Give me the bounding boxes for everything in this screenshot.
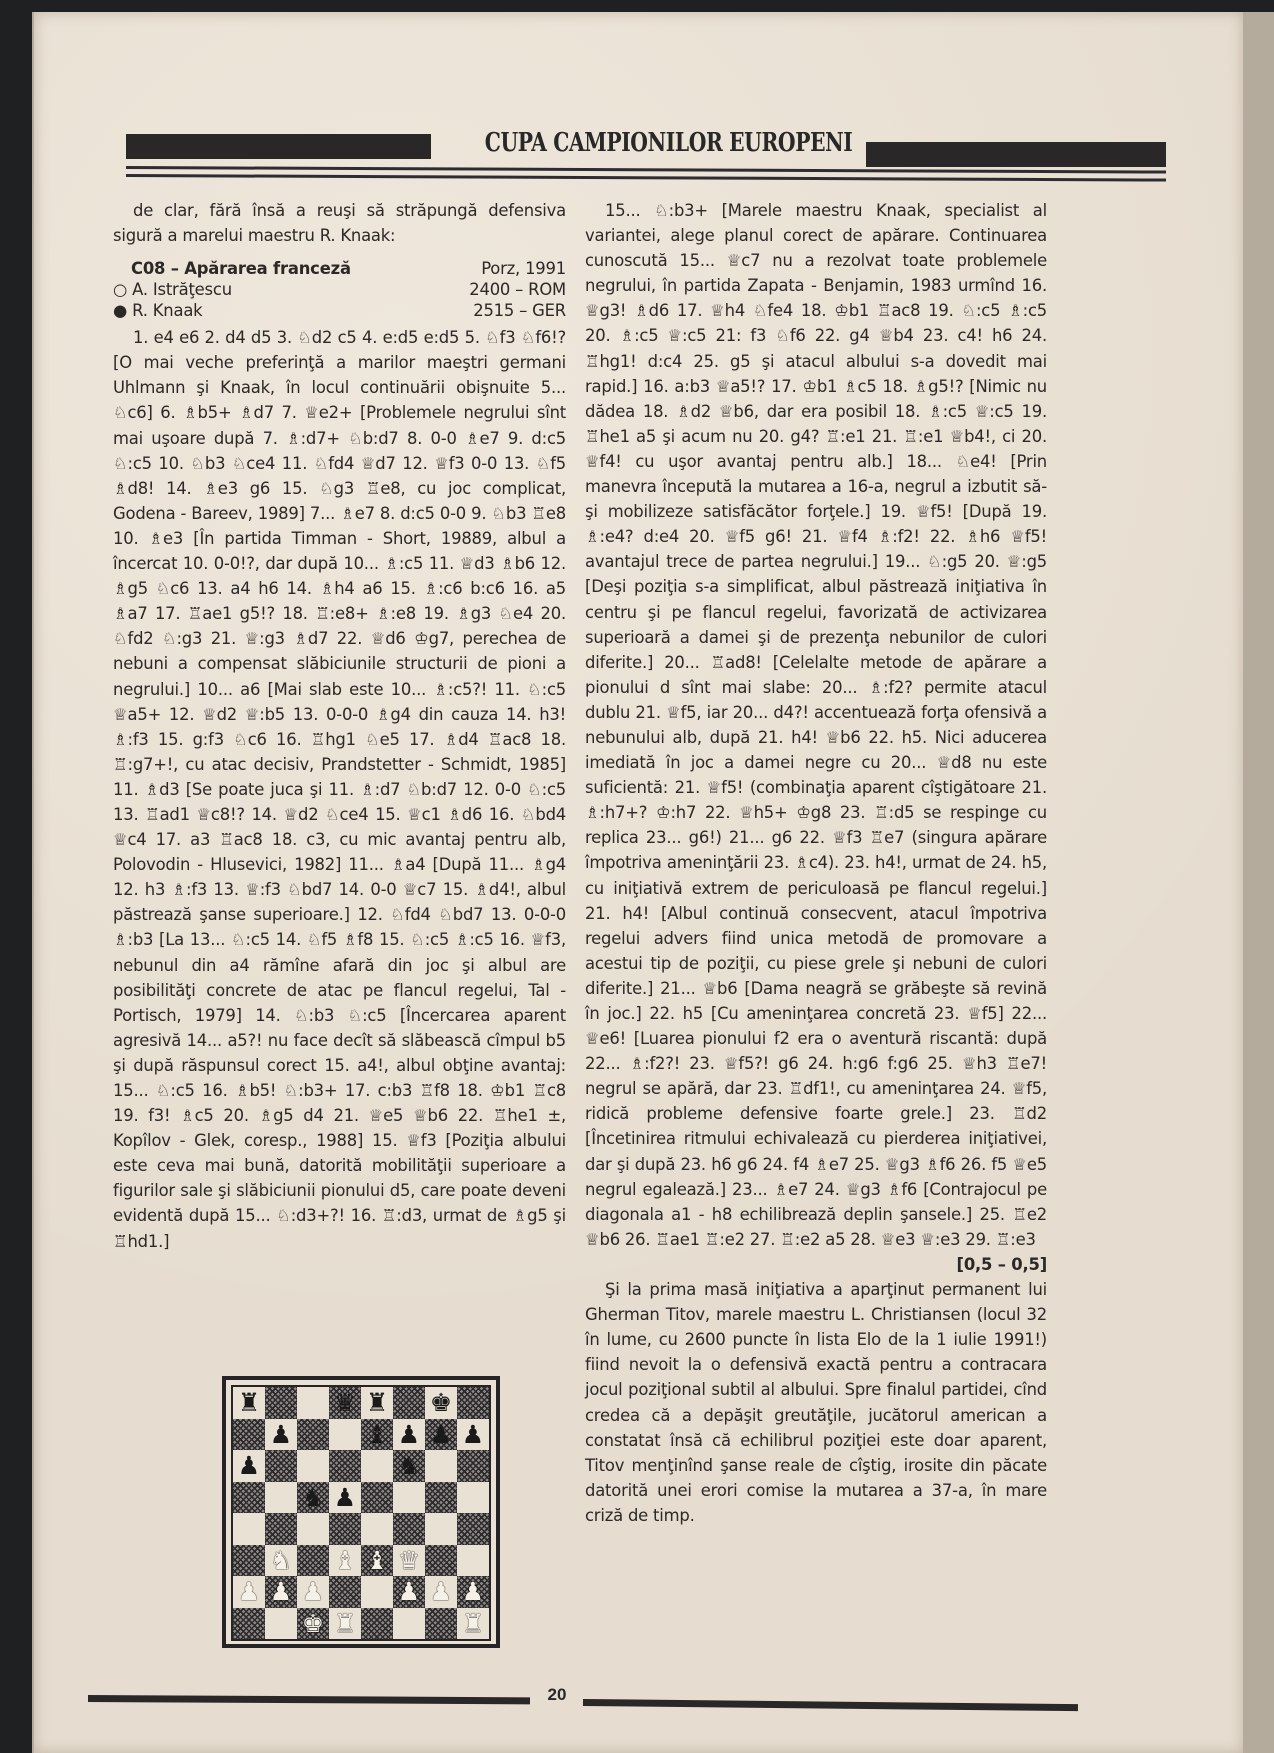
square-a4 xyxy=(233,1513,265,1545)
scan-border-left xyxy=(0,0,32,1753)
page-footer: 20 xyxy=(88,1683,1078,1723)
square-h7: ♟ xyxy=(457,1419,489,1451)
black-king-icon: ♚ xyxy=(430,1390,452,1415)
black-knight-icon: ♞ xyxy=(398,1453,420,1478)
white-pawn-icon: ♟ xyxy=(462,1579,484,1604)
header-bar-left xyxy=(126,134,431,159)
square-g7: ♟ xyxy=(425,1419,457,1451)
square-e1 xyxy=(361,1608,393,1640)
square-a1 xyxy=(233,1608,265,1640)
game-venue: Porz, 1991 xyxy=(481,258,566,279)
square-c4 xyxy=(297,1513,329,1545)
right-column: 15... ♘:b3+ [Marele maestru Knaak, speci… xyxy=(585,198,1047,1528)
white-rook-icon: ♜ xyxy=(462,1611,484,1636)
square-a6: ♟ xyxy=(233,1450,265,1482)
square-a2: ♟ xyxy=(233,1576,265,1608)
square-b3: ♞ xyxy=(265,1545,297,1577)
chess-diagram: ♜♛♜♚♟♝♟♟♟♟♞♞♟♞♝♝♛♟♟♟♟♟♟♚♜♜ xyxy=(222,1376,500,1648)
square-h5 xyxy=(457,1482,489,1514)
square-e5 xyxy=(361,1482,393,1514)
square-d8: ♛ xyxy=(329,1387,361,1419)
square-c2: ♟ xyxy=(297,1576,329,1608)
square-f6: ♞ xyxy=(393,1450,425,1482)
square-e6 xyxy=(361,1450,393,1482)
square-d3: ♝ xyxy=(329,1545,361,1577)
scan-border-top xyxy=(0,0,1274,12)
black-pawn-icon: ♟ xyxy=(334,1485,356,1510)
black-pawn-icon: ♟ xyxy=(270,1422,292,1447)
square-g2: ♟ xyxy=(425,1576,457,1608)
closing-paragraph: Şi la prima masă iniţiativa a aparţinut … xyxy=(585,1277,1047,1528)
square-c3 xyxy=(297,1545,329,1577)
square-f5 xyxy=(393,1482,425,1514)
black-pawn-icon: ♟ xyxy=(430,1422,452,1447)
white-pawn-icon: ♟ xyxy=(270,1579,292,1604)
square-d4 xyxy=(329,1513,361,1545)
white-pawn-icon: ♟ xyxy=(430,1579,452,1604)
square-d6 xyxy=(329,1450,361,1482)
footer-rule-right xyxy=(583,1699,1078,1711)
square-g4 xyxy=(425,1513,457,1545)
square-a7 xyxy=(233,1419,265,1451)
square-h3 xyxy=(457,1545,489,1577)
opening-name: C08 – Apărarea franceză xyxy=(131,258,351,279)
footer-rule-left xyxy=(88,1695,530,1704)
white-bishop-icon: ♝ xyxy=(366,1548,388,1573)
square-f2: ♟ xyxy=(393,1576,425,1608)
square-h4 xyxy=(457,1513,489,1545)
square-e4 xyxy=(361,1513,393,1545)
header-bar-right xyxy=(866,142,1166,167)
square-e3: ♝ xyxy=(361,1545,393,1577)
black-queen-icon: ♛ xyxy=(334,1390,356,1415)
square-h6 xyxy=(457,1450,489,1482)
white-player: ○ A. Istrăţescu xyxy=(113,279,232,300)
section-header: CUPA CAMPIONILOR EUROPENI xyxy=(126,128,1166,178)
square-d2 xyxy=(329,1576,361,1608)
white-knight-icon: ♞ xyxy=(270,1548,292,1573)
square-f7: ♟ xyxy=(393,1419,425,1451)
game-header: C08 – Apărarea franceză Porz, 1991 ○ A. … xyxy=(113,258,566,321)
white-rating: 2400 – ROM xyxy=(469,279,566,300)
section-title: CUPA CAMPIONILOR EUROPENI xyxy=(485,128,817,158)
black-rook-icon: ♜ xyxy=(366,1390,388,1415)
black-rook-icon: ♜ xyxy=(238,1390,260,1415)
black-pawn-icon: ♟ xyxy=(398,1422,420,1447)
white-queen-icon: ♛ xyxy=(398,1548,420,1573)
square-f8 xyxy=(393,1387,425,1419)
square-h2: ♟ xyxy=(457,1576,489,1608)
black-knight-icon: ♞ xyxy=(302,1485,324,1510)
black-rating: 2515 – GER xyxy=(473,300,566,321)
square-b4 xyxy=(265,1513,297,1545)
square-e8: ♜ xyxy=(361,1387,393,1419)
left-column: de clar, fără însă a reuşi să străpungă … xyxy=(113,198,566,1254)
square-h8 xyxy=(457,1387,489,1419)
black-player: ● R. Knaak xyxy=(113,300,202,321)
square-a5 xyxy=(233,1482,265,1514)
square-c8 xyxy=(297,1387,329,1419)
chess-board: ♜♛♜♚♟♝♟♟♟♟♞♞♟♞♝♝♛♟♟♟♟♟♟♚♜♜ xyxy=(231,1385,491,1641)
square-b7: ♟ xyxy=(265,1419,297,1451)
square-b5 xyxy=(265,1482,297,1514)
square-c7 xyxy=(297,1419,329,1451)
white-pawn-icon: ♟ xyxy=(398,1579,420,1604)
page-number: 20 xyxy=(536,1685,578,1705)
square-c6 xyxy=(297,1450,329,1482)
black-pawn-icon: ♟ xyxy=(462,1422,484,1447)
square-g3 xyxy=(425,1545,457,1577)
black-pawn-icon: ♟ xyxy=(238,1453,260,1478)
white-bishop-icon: ♝ xyxy=(334,1548,356,1573)
white-king-icon: ♚ xyxy=(302,1611,324,1636)
square-e2 xyxy=(361,1576,393,1608)
square-d7 xyxy=(329,1419,361,1451)
white-pawn-icon: ♟ xyxy=(302,1579,324,1604)
square-d5: ♟ xyxy=(329,1482,361,1514)
square-g8: ♚ xyxy=(425,1387,457,1419)
intro-paragraph: de clar, fără însă a reuşi să străpungă … xyxy=(113,198,566,248)
square-a3 xyxy=(233,1545,265,1577)
square-f4 xyxy=(393,1513,425,1545)
square-g5 xyxy=(425,1482,457,1514)
header-rule xyxy=(126,166,1166,174)
square-d1: ♜ xyxy=(329,1608,361,1640)
square-f3: ♛ xyxy=(393,1545,425,1577)
square-c5: ♞ xyxy=(297,1482,329,1514)
game-annotation: 1. e4 e6 2. d4 d5 3. ♘d2 c5 4. e:d5 e:d5… xyxy=(113,325,566,1253)
square-a8: ♜ xyxy=(233,1387,265,1419)
white-rook-icon: ♜ xyxy=(334,1611,356,1636)
square-c1: ♚ xyxy=(297,1608,329,1640)
square-b2: ♟ xyxy=(265,1576,297,1608)
square-e7: ♝ xyxy=(361,1419,393,1451)
square-b8 xyxy=(265,1387,297,1419)
square-h1: ♜ xyxy=(457,1608,489,1640)
square-b1 xyxy=(265,1608,297,1640)
square-g1 xyxy=(425,1608,457,1640)
square-f1 xyxy=(393,1608,425,1640)
game-result: [0,5 – 0,5] xyxy=(585,1252,1047,1277)
game-annotation-continued: 15... ♘:b3+ [Marele maestru Knaak, speci… xyxy=(585,198,1047,1252)
square-g6 xyxy=(425,1450,457,1482)
black-bishop-icon: ♝ xyxy=(366,1422,388,1447)
white-pawn-icon: ♟ xyxy=(238,1579,260,1604)
square-b6 xyxy=(265,1450,297,1482)
